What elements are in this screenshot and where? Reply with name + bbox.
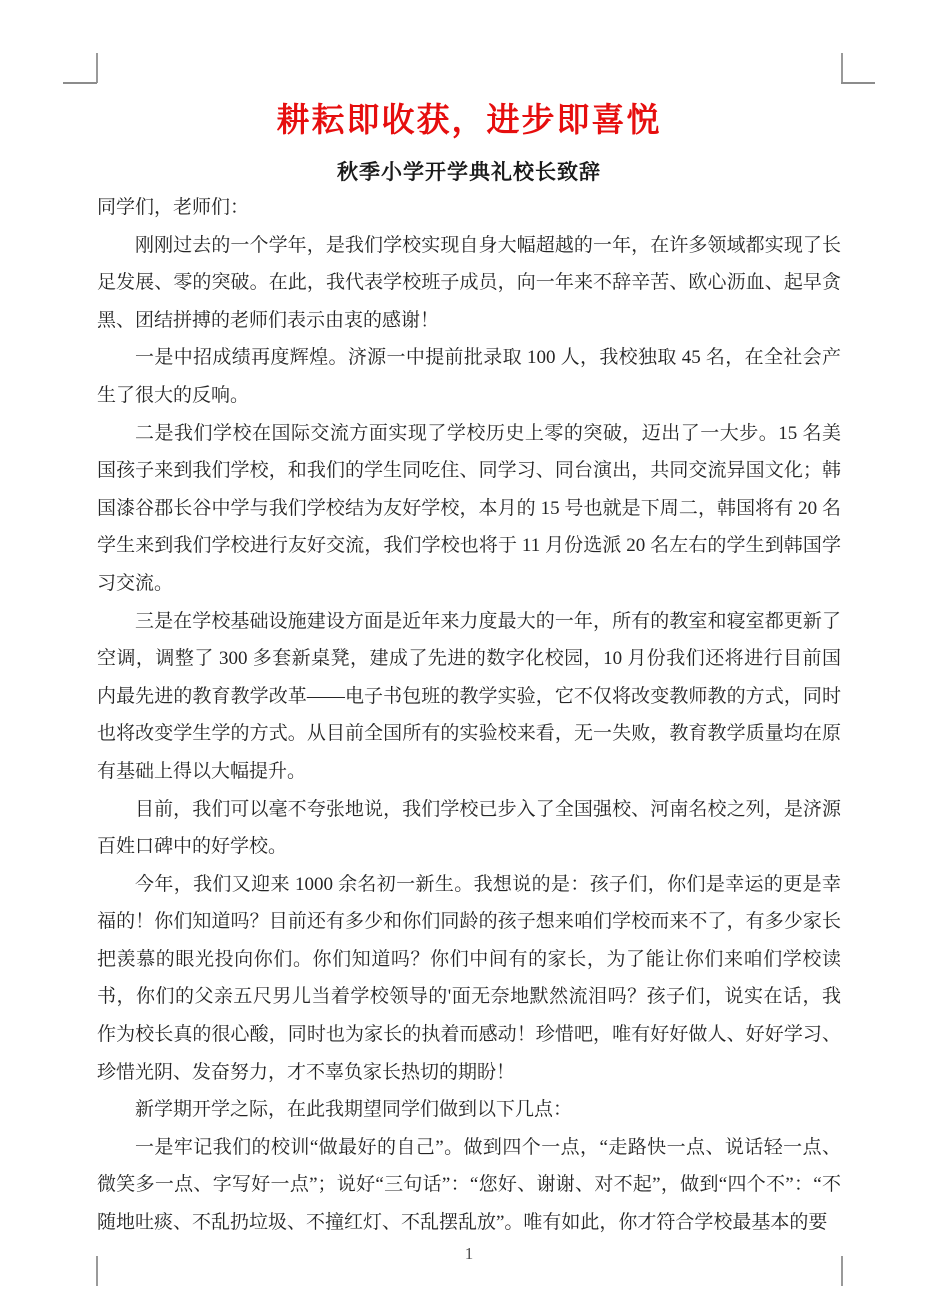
paragraph: 三是在学校基础设施建设方面是近年来力度最大的一年，所有的教室和寝室都更新了空调，… <box>97 603 841 791</box>
paragraph: 一是中招成绩再度辉煌。济源一中提前批录取 100 人，我校独取 45 名，在全社… <box>97 339 841 414</box>
paragraph: 新学期开学之际，在此我期望同学们做到以下几点： <box>97 1091 841 1129</box>
paragraph: 同学们，老师们： <box>97 189 841 227</box>
crop-mark-top-right-vertical <box>841 53 843 83</box>
page-content: 耕耘即收获，进步即喜悦 秋季小学开学典礼校长致辞 同学们，老师们：刚刚过去的一个… <box>97 99 841 1242</box>
document-body: 同学们，老师们：刚刚过去的一个学年，是我们学校实现自身大幅超越的一年，在许多领域… <box>97 189 841 1242</box>
document-subtitle: 秋季小学开学典礼校长致辞 <box>97 157 841 187</box>
paragraph: 刚刚过去的一个学年，是我们学校实现自身大幅超越的一年，在许多领域都实现了长足发展… <box>97 227 841 340</box>
document-title: 耕耘即收获，进步即喜悦 <box>97 99 841 143</box>
crop-mark-top-right-horizontal <box>841 82 875 84</box>
paragraph: 目前，我们可以毫不夸张地说，我们学校已步入了全国强校、河南名校之列，是济源百姓口… <box>97 791 841 866</box>
page-number: 1 <box>0 1244 938 1264</box>
paragraph: 今年，我们又迎来 1000 余名初一新生。我想说的是：孩子们，你们是幸运的更是幸… <box>97 866 841 1092</box>
paragraph: 一是牢记我们的校训“做最好的自己”。做到四个一点，“走路快一点、说话轻一点、微笑… <box>97 1129 841 1242</box>
crop-mark-top-left-vertical <box>96 53 98 83</box>
paragraph: 二是我们学校在国际交流方面实现了学校历史上零的突破，迈出了一大步。15 名美国孩… <box>97 415 841 603</box>
document-page: 耕耘即收获，进步即喜悦 秋季小学开学典礼校长致辞 同学们，老师们：刚刚过去的一个… <box>0 0 938 1306</box>
crop-mark-top-left-horizontal <box>63 82 97 84</box>
